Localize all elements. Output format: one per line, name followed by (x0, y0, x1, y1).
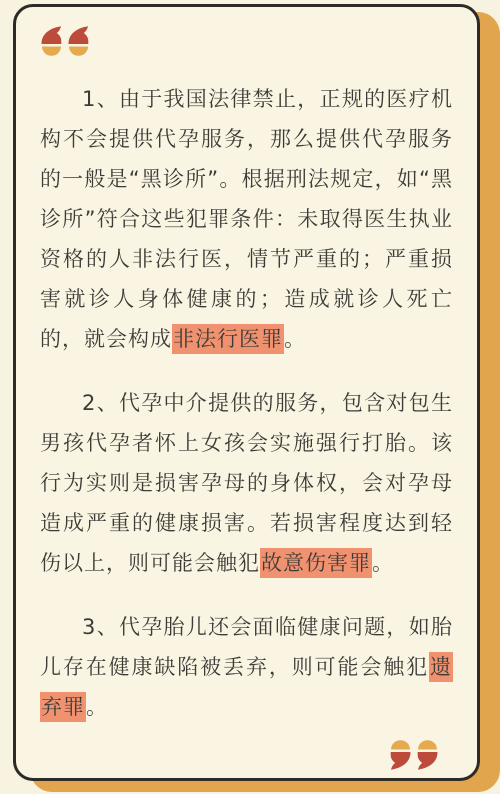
paragraph-text: 。 (372, 551, 394, 575)
paragraph: 2、代孕中介提供的服务，包含对包生男孩代孕者怀上女孩会实施强行打胎。该行为实则是… (40, 383, 453, 583)
quote-card: 1、由于我国法律禁止，正规的医疗机构不会提供代孕服务，那么提供代孕服务的一般是“… (13, 4, 480, 781)
paragraph-text: 。 (284, 327, 306, 351)
paragraph-text: 2、代孕中介提供的服务，包含对包生男孩代孕者怀上女孩会实施强行打胎。该行为实则是… (40, 391, 453, 575)
paragraph-text: 3、代孕胎儿还会面临健康问题，如胎儿存在健康缺陷被丢弃，则可能会触犯 (40, 615, 453, 679)
paragraph: 1、由于我国法律禁止，正规的医疗机构不会提供代孕服务，那么提供代孕服务的一般是“… (40, 79, 453, 359)
highlight-term: 故意伤害罪 (260, 548, 372, 578)
close-quote-icon (389, 739, 439, 770)
paragraph: 3、代孕胎儿还会面临健康问题，如胎儿存在健康缺陷被丢弃，则可能会触犯遗弃罪。 (40, 607, 453, 727)
paragraph-text: 1、由于我国法律禁止，正规的医疗机构不会提供代孕服务，那么提供代孕服务的一般是“… (40, 87, 453, 351)
article-body: 1、由于我国法律禁止，正规的医疗机构不会提供代孕服务，那么提供代孕服务的一般是“… (40, 79, 453, 727)
open-quote-icon (40, 26, 90, 57)
opening-quote-row (40, 26, 453, 57)
paragraph-text: 。 (86, 695, 108, 719)
closing-quote-row (40, 739, 453, 770)
highlight-term: 非法行医罪 (172, 324, 284, 354)
